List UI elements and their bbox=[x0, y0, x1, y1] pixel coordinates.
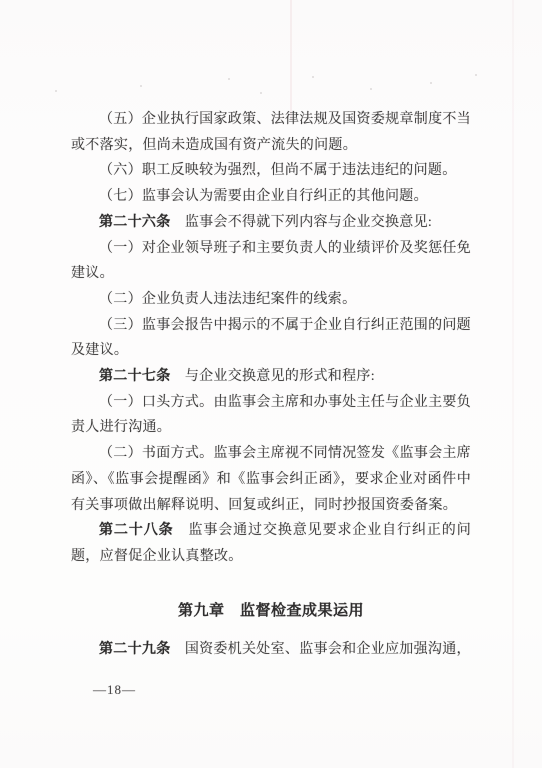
paragraph-item-6: （六）职工反映较为强烈，但尚不属于违法违纪的问题。 bbox=[71, 158, 471, 184]
paragraph-text: （一）口头方式。由监事会主席和办事处主任与企业主要负责人进行沟通。 bbox=[71, 395, 471, 436]
paragraph-item-5: （五）企业执行国家政策、法律法规及国资委规章制度不当或不落实，但尚未造成国有资产… bbox=[71, 107, 471, 158]
paragraph-item-oral: （一）口头方式。由监事会主席和办事处主任与企业主要负责人进行沟通。 bbox=[71, 390, 471, 441]
paragraph-text: （六）职工反映较为强烈，但尚不属于违法违纪的问题。 bbox=[99, 163, 457, 178]
paragraph-text: （一）对企业领导班子和主要负责人的业绩评价及奖惩任免建议。 bbox=[71, 241, 471, 282]
chapter-number: 第九章 bbox=[178, 602, 240, 619]
paragraph-text: 监事会不得就下列内容与企业交换意见: bbox=[185, 215, 432, 230]
scan-noise-dot bbox=[430, 82, 432, 84]
scan-artifact-streak bbox=[512, 0, 514, 768]
paragraph-item-7: （七）监事会认为需要由企业自行纠正的其他问题。 bbox=[71, 184, 471, 210]
scan-noise-dot bbox=[370, 88, 372, 90]
paragraph-text: （二）企业负责人违法违纪案件的线索。 bbox=[99, 292, 356, 307]
scan-noise-dot bbox=[55, 90, 57, 92]
paragraph-article-27: 第二十七条与企业交换意见的形式和程序: bbox=[71, 364, 471, 390]
scan-noise-dot bbox=[140, 85, 142, 87]
paragraph-text: （三）监事会报告中揭示的不属于企业自行纠正范围的问题及建议。 bbox=[71, 318, 471, 359]
scan-noise-dot bbox=[228, 78, 230, 80]
paragraph-text: （五）企业执行国家政策、法律法规及国资委规章制度不当或不落实，但尚未造成国有资产… bbox=[71, 112, 471, 153]
paragraph-item-written: （二）书面方式。监事会主席视不同情况签发《监事会主席函》、《监事会提醒函》和《监… bbox=[71, 441, 471, 518]
scan-artifact-streak bbox=[290, 0, 292, 120]
paragraph-text: （二）书面方式。监事会主席视不同情况签发《监事会主席函》、《监事会提醒函》和《监… bbox=[71, 446, 471, 512]
paragraph-article-28: 第二十八条监事会通过交换意见要求企业自行纠正的问题，应督促企业认真整改。 bbox=[71, 518, 471, 569]
article-number: 第二十六条 bbox=[99, 215, 185, 230]
paragraph-text: （七）监事会认为需要由企业自行纠正的其他问题。 bbox=[99, 189, 428, 204]
document-text-block: （五）企业执行国家政策、法律法规及国资委规章制度不当或不落实，但尚未造成国有资产… bbox=[71, 107, 471, 663]
scanned-document-page: （五）企业执行国家政策、法律法规及国资委规章制度不当或不落实，但尚未造成国有资产… bbox=[0, 0, 542, 768]
scan-noise-dot bbox=[260, 92, 262, 94]
article-number: 第二十七条 bbox=[99, 369, 185, 384]
paragraph-text: 与企业交换意见的形式和程序: bbox=[185, 369, 375, 384]
scan-noise-dot bbox=[312, 76, 314, 78]
chapter-9-heading: 第九章监督检查成果运用 bbox=[71, 598, 471, 624]
paragraph-article-29: 第二十九条国资委机关处室、监事会和企业应加强沟通， bbox=[71, 637, 471, 663]
page-number: —18— bbox=[93, 682, 136, 698]
paragraph-item-3: （三）监事会报告中揭示的不属于企业自行纠正范围的问题及建议。 bbox=[71, 313, 471, 364]
scan-noise-dot bbox=[475, 74, 477, 76]
paragraph-item-2: （二）企业负责人违法违纪案件的线索。 bbox=[71, 287, 471, 313]
paragraph-article-26: 第二十六条监事会不得就下列内容与企业交换意见: bbox=[71, 210, 471, 236]
article-number: 第二十九条 bbox=[99, 642, 185, 657]
article-number: 第二十八条 bbox=[99, 523, 188, 538]
chapter-title: 监督检查成果运用 bbox=[240, 602, 364, 619]
paragraph-item-1: （一）对企业领导班子和主要负责人的业绩评价及奖惩任免建议。 bbox=[71, 236, 471, 287]
paragraph-text: 国资委机关处室、监事会和企业应加强沟通， bbox=[185, 642, 471, 657]
